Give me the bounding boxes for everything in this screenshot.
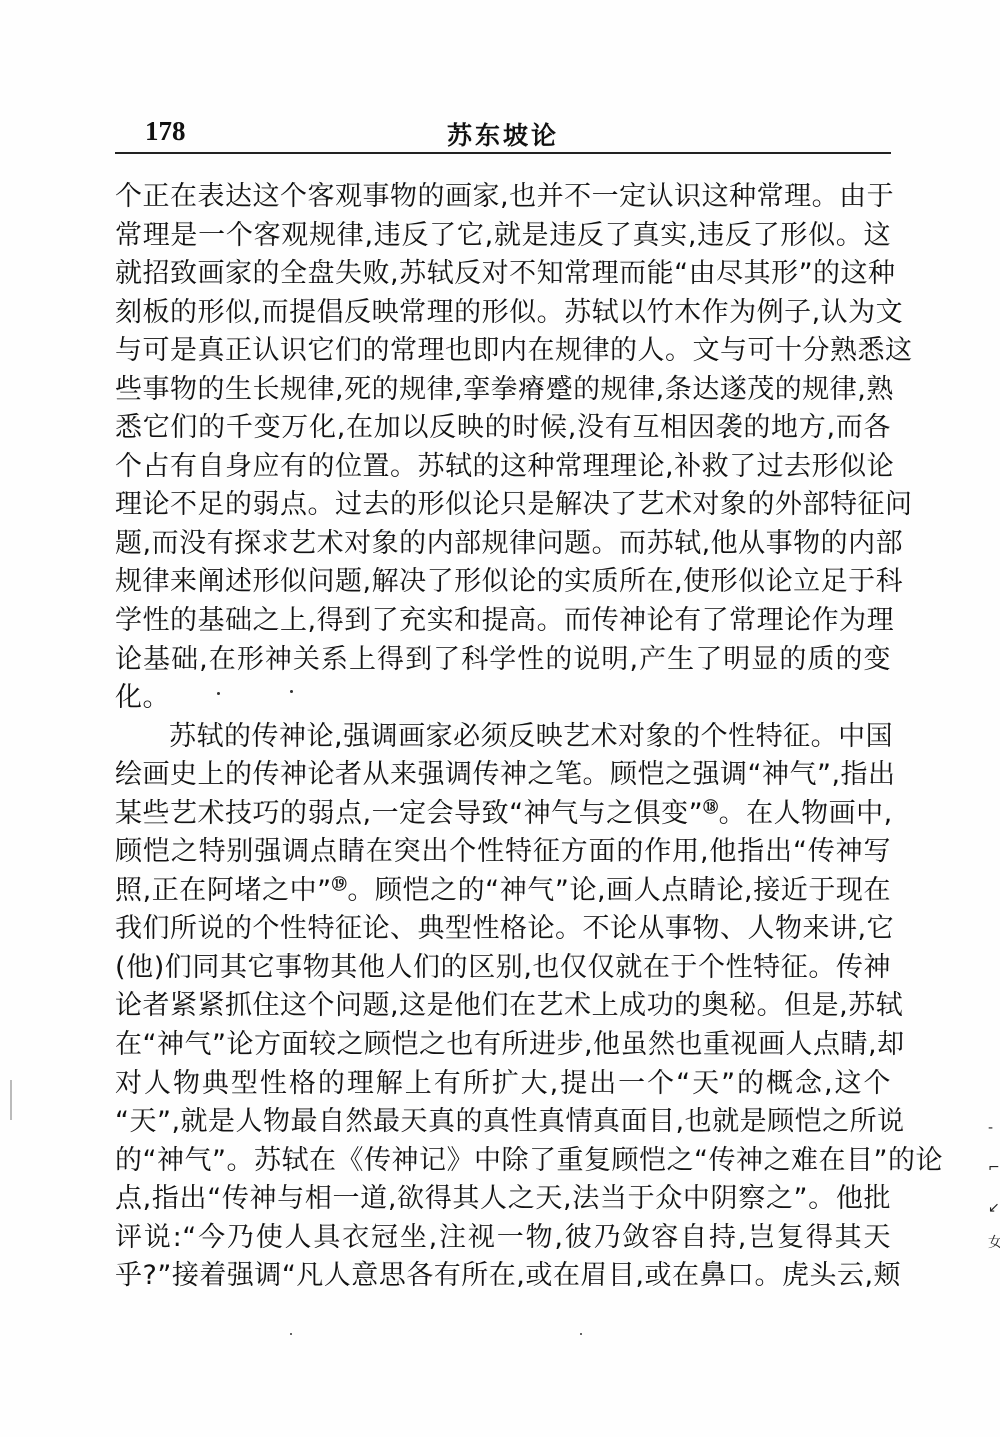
scan-speck [580,1333,582,1335]
text-line: 论者紧紧抓住这个问题,这是他们在艺术上成功的奥秘。但是,苏轼 [115,987,891,1026]
text-line-with-footnote: 照,正在阿堵之中”⑲。顾恺之的“神气”论,画人点睛论,接近于现在 [115,872,891,911]
left-margin-mark [10,1080,12,1120]
book-page: 178 苏东坡论 个正在表达这个客观事物的画家,也并不一定认识这种常理。由于 常… [0,0,1000,1437]
bleed-through-mark: - [988,1120,1000,1136]
line-text: 照,正在阿堵之中” [115,875,332,906]
bleed-through-mark: ⌐ [988,1160,1000,1176]
running-title: 苏东坡论 [115,116,891,152]
text-line: (他)们同其它事物其他人们的区别,也仅仅就在于个性特征。传神 [115,949,891,988]
text-line: 与可是真正认识它们的常理也即内在规律的人。文与可十分熟悉这 [115,332,891,371]
bleed-through-mark: 女 [988,1232,1000,1252]
line-text: 。在人物画中, [719,798,893,829]
text-line: 的“神气”。苏轼在《传神记》中除了重复顾恺之“传神之难在目”的论 [115,1142,891,1181]
text-line: 理论不足的弱点。过去的形似论只是解决了艺术对象的外部特征问 [115,486,891,525]
body-text: 个正在表达这个客观事物的画家,也并不一定认识这种常理。由于 常理是一个客观规律,… [115,178,891,1296]
text-line: 个占有自身应有的位置。苏轼的这种常理理论,补救了过去形似论 [115,448,891,487]
text-line: “天”,就是人物最自然最天真的真性真情真面目,也就是顾恺之所说 [115,1103,891,1142]
text-line: 我们所说的个性特征论、典型性格论。不论从事物、人物来讲,它 [115,910,891,949]
text-line: 绘画史上的传神论者从来强调传神之笔。顾恺之强调“神气”,指出 [115,756,891,795]
text-line: 悉它们的千变万化,在加以反映的时候,没有互相因袭的地方,而各 [115,409,891,448]
text-line: 刻板的形似,而提倡反映常理的形似。苏轼以竹木作为例子,认为文 [115,294,891,333]
text-line: 论基础,在形神关系上得到了科学性的说明,产生了明显的质的变 [115,641,891,680]
scan-speck [290,1333,292,1335]
text-line: 题,而没有探求艺术对象的内部规律问题。而苏轼,他从事物的内部 [115,525,891,564]
text-line-paragraph-start: 苏轼的传神论,强调画家必须反映艺术对象的个性特征。中国 [115,718,891,757]
running-head: 178 苏东坡论 [115,110,891,154]
text-line: 学性的基础之上,得到了充实和提高。而传神论有了常理论作为理 [115,602,891,641]
text-line: 点,指出“传神与相一道,欲得其人之天,法当于众中阴察之”。他批 [115,1180,891,1219]
text-line: 些事物的生长规律,死的规律,挛拳瘠蹙的规律,条达遂茂的规律,熟 [115,371,891,410]
line-text: 。顾恺之的“神气”论,画人点睛论,接近于现在 [347,875,891,906]
text-line-with-footnote: 某些艺术技巧的弱点,一定会导致“神气与之俱变”⑱。在人物画中, [115,795,891,834]
text-line: 就招致画家的全盘失败,苏轼反对不知常理而能“由尽其形”的这种 [115,255,891,294]
text-line: 顾恺之特别强调点睛在突出个性特征方面的作用,他指出“传神写 [115,833,891,872]
text-line: 常理是一个客观规律,违反了它,就是违反了真实,违反了形似。这 [115,217,891,256]
scan-speck [217,692,220,695]
text-line: 个正在表达这个客观事物的画家,也并不一定认识这种常理。由于 [115,178,891,217]
bleed-through-mark: ↙ [988,1200,1000,1216]
text-line: 评说:“今乃使人具衣冠坐,注视一物,彼乃敛容自持,岂复得其天 [115,1219,891,1258]
scan-speck [290,690,293,693]
text-line-paragraph-end: 化。 [115,679,891,718]
footnote-marker-19[interactable]: ⑲ [332,875,348,893]
text-line: 对人物典型性格的理解上有所扩大,提出一个“天”的概念,这个 [115,1065,891,1104]
line-text: 某些艺术技巧的弱点,一定会导致“神气与之俱变” [115,798,703,829]
text-line: 规律来阐述形似问题,解决了形似论的实质所在,使形似论立足于科 [115,563,891,602]
text-line: 在“神气”论方面较之顾恺之也有所进步,他虽然也重视画人点睛,却 [115,1026,891,1065]
text-line: 乎?”接着强调“凡人意思各有所在,或在眉目,或在鼻口。虎头云,颊 [115,1257,891,1296]
footnote-marker-18[interactable]: ⑱ [703,798,719,816]
header-rule [115,152,891,154]
